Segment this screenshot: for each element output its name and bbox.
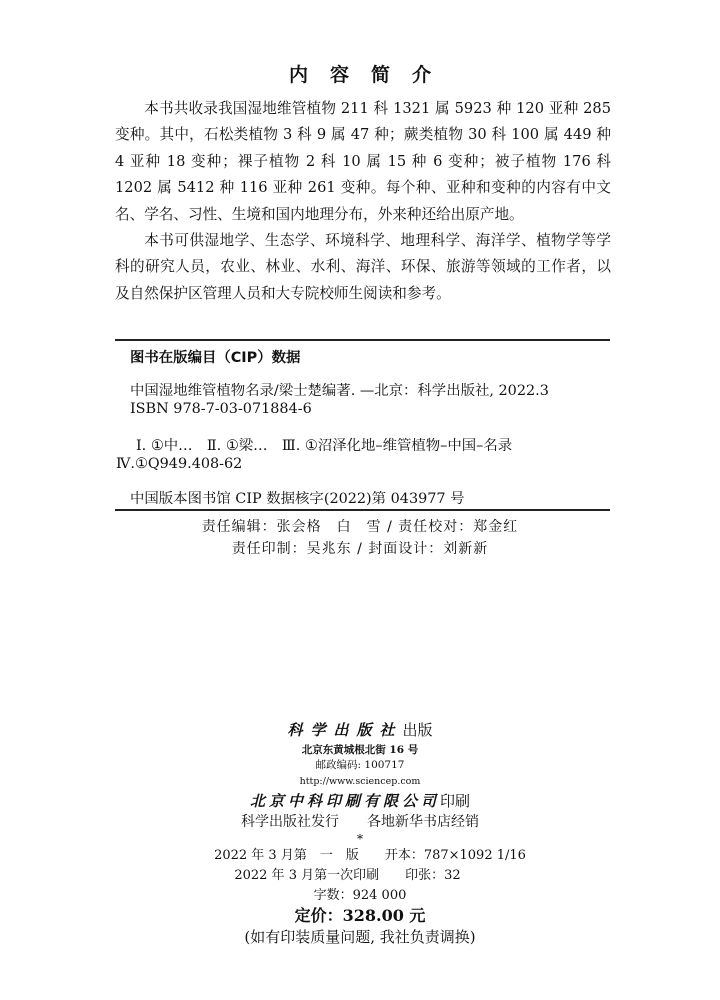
price: 定价：328.00 元 <box>0 906 720 926</box>
distribution: 科学出版社发行 各地新华书店经销 <box>0 812 720 832</box>
abstract-paragraph-1: 本书共收录我国湿地维管植物 211 科 1321 属 5923 种 120 亚种… <box>115 96 611 228</box>
cip-record: 中国湿地维管植物名录/梁士楚编著. —北京：科学出版社, 2022.3 <box>130 379 549 400</box>
cip-block: 图书在版编目（CIP）数据 中国湿地维管植物名录/梁士楚编著. —北京：科学出版… <box>130 346 610 506</box>
cip-classification-1: Ⅰ. ①中… Ⅱ. ①梁… Ⅲ. ①沼泽化地–维管植物–中国–名录 <box>136 434 512 455</box>
credits-editors: 责任编辑：张会格 白 雪 / 责任校对：郑金红 <box>0 516 720 538</box>
edition-info: 2022 年 3 月第 一 版 开本：787×1092 1/16 <box>20 846 720 866</box>
publisher-address: 北京东黄城根北街 16 号 <box>0 742 720 758</box>
quality-notice: (如有印装质量问题, 我社负责调换) <box>0 926 720 948</box>
cip-classification-2: Ⅳ.①Q949.408-62 <box>116 456 242 472</box>
abstract-paragraph-2: 本书可供湿地学、生态学、环境科学、地理科学、海洋学、植物学等学科的研究人员，农业… <box>115 228 611 307</box>
printer-brand: 北京中科印刷有限公司 <box>250 792 440 810</box>
printer-line: 北京中科印刷有限公司印刷 <box>0 790 720 812</box>
printer-suffix: 印刷 <box>440 792 470 810</box>
printing-info: 2022 年 3 月第一次印刷 印张：32 <box>0 866 720 886</box>
cip-library-number: 中国版本图书馆 CIP 数据核字(2022)第 043977 号 <box>130 487 465 508</box>
publisher-line: 科学出版社出版 <box>0 718 720 742</box>
cip-bottom-rule <box>115 509 610 511</box>
publisher-suffix: 出版 <box>403 721 433 739</box>
publisher-url: http://www.sciencep.com <box>0 773 720 790</box>
cip-heading: 图书在版编目（CIP）数据 <box>130 346 300 367</box>
credits: 责任编辑：张会格 白 雪 / 责任校对：郑金红 责任印制：吴兆东 / 封面设计：… <box>0 516 720 560</box>
publisher-block: 科学出版社出版 北京东黄城根北街 16 号 邮政编码: 100717 http:… <box>0 718 720 948</box>
page-title: 内容简介 <box>0 60 720 87</box>
separator-star: * <box>0 832 720 846</box>
word-count: 字数：924 000 <box>0 886 720 906</box>
publisher-postcode: 邮政编码: 100717 <box>0 758 720 773</box>
publisher-brand: 科学出版社 <box>287 721 402 739</box>
credits-production: 责任印制：吴兆东 / 封面设计：刘新新 <box>0 538 720 560</box>
abstract: 本书共收录我国湿地维管植物 211 科 1321 属 5923 种 120 亚种… <box>115 96 611 307</box>
cip-top-rule <box>115 339 610 341</box>
cip-isbn: ISBN 978-7-03-071884-6 <box>130 401 312 417</box>
